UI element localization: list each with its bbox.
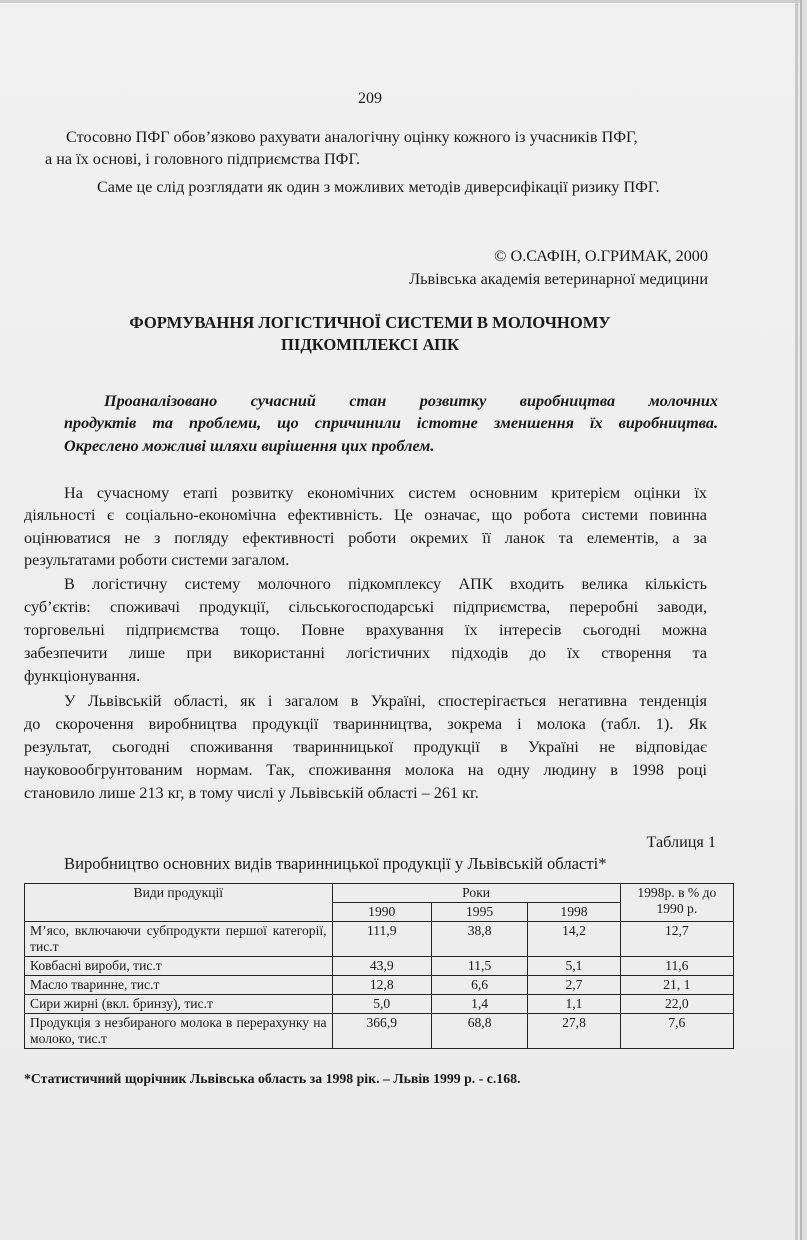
cell-1998: 2,7	[528, 976, 620, 995]
body-line: У Львівській області, як і загалом в Укр…	[64, 691, 707, 712]
cell-pct: 22,0	[620, 995, 733, 1014]
intro-line: а на їх основі, і головного підприємства…	[45, 149, 360, 169]
cell-1998: 27,8	[528, 1014, 620, 1049]
table-label: Таблиця 1	[647, 832, 717, 852]
cell-pct: 11,6	[620, 957, 733, 976]
table-row: Сири жирні (вкл. бринзу), тис.т 5,0 1,4 …	[25, 995, 734, 1014]
body-line: На сучасному етапі розвитку економічних …	[64, 483, 707, 504]
cell-1995: 6,6	[431, 976, 527, 995]
scan-page-edge	[802, 0, 807, 1240]
header-product: Види продукції	[25, 884, 333, 922]
row-product: Ковбасні вироби, тис.т	[25, 957, 333, 976]
body-line: торговельні підприємства тощо. Повне вра…	[24, 620, 707, 641]
body-line: забезпечити лише при використанні логіст…	[24, 643, 707, 664]
cell-1998: 1,1	[528, 995, 620, 1014]
body-line: суб’єктів: споживачі продукції, сільсько…	[24, 597, 707, 618]
cell-1990: 43,9	[332, 957, 431, 976]
article-title: ФОРМУВАННЯ ЛОГІСТИЧНОЇ СИСТЕМИ В МОЛОЧНО…	[0, 313, 740, 333]
row-product: Масло тваринне, тис.т	[25, 976, 333, 995]
cell-1995: 1,4	[431, 995, 527, 1014]
cell-1990: 12,8	[332, 976, 431, 995]
cell-1998: 5,1	[528, 957, 620, 976]
row-product: Сири жирні (вкл. бринзу), тис.т	[25, 995, 333, 1014]
body-line: оцінюватися не з погляду ефективності ро…	[24, 528, 707, 549]
body-line: до скорочення виробництва продукції твар…	[24, 714, 707, 735]
table-row: М’ясо, включаючи субпродукти першої кате…	[25, 922, 734, 957]
cell-pct: 7,6	[620, 1014, 733, 1049]
body-line: функціонування.	[24, 666, 140, 686]
production-table: Види продукції Роки 1998р. в % до 1990 р…	[24, 883, 734, 1049]
cell-1995: 38,8	[431, 922, 527, 957]
cell-1995: 11,5	[431, 957, 527, 976]
table-row: Продукція з незбираного молока в перерах…	[25, 1014, 734, 1049]
body-line: науковообгрунтованим нормам. Так, спожив…	[24, 760, 707, 781]
body-line: результатами роботи системи загалом.	[24, 550, 289, 570]
header-ratio: 1998р. в % до 1990 р.	[620, 884, 733, 922]
cell-pct: 12,7	[620, 922, 733, 957]
header-year: 1998	[528, 903, 620, 922]
table-row: Ковбасні вироби, тис.т 43,9 11,5 5,1 11,…	[25, 957, 734, 976]
row-product: Продукція з незбираного молока в перерах…	[25, 1014, 333, 1049]
article-title: ПІДКОМПЛЕКСІ АПК	[0, 335, 740, 355]
page-number: 209	[0, 89, 740, 109]
cell-pct: 21, 1	[620, 976, 733, 995]
header-year: 1990	[332, 903, 431, 922]
table-row: Масло тваринне, тис.т 12,8 6,6 2,7 21, 1	[25, 976, 734, 995]
table-caption: Виробництво основних видів тваринницької…	[64, 854, 607, 874]
cell-1990: 111,9	[332, 922, 431, 957]
intro-line: Саме це слід розглядати як один з можлив…	[97, 177, 660, 197]
row-product: М’ясо, включаючи субпродукти першої кате…	[25, 922, 333, 957]
cell-1990: 5,0	[332, 995, 431, 1014]
institution: Львівська академія ветеринарної медицини	[409, 269, 708, 289]
body-line: результат, сьогодні споживання тваринниц…	[24, 737, 707, 758]
scan-top-edge	[0, 0, 807, 3]
cell-1995: 68,8	[431, 1014, 527, 1049]
abstract-line: Окреслено можливі шляхи вирішення цих пр…	[64, 436, 434, 456]
body-line: становило лише 213 кг, в тому числі у Ль…	[24, 783, 479, 803]
abstract-line: Проаналізовано сучасний стан розвитку ви…	[104, 391, 718, 412]
intro-line: Стосовно ПФГ обов’язково рахувати аналог…	[66, 127, 638, 147]
header-years: Роки	[332, 884, 620, 903]
header-year: 1995	[431, 903, 527, 922]
copyright-line: © О.САФІН, О.ГРИМАК, 2000	[494, 246, 708, 266]
scan-page-edge	[795, 0, 798, 1240]
table-footnote: *Статистичний щорічник Львівська область…	[24, 1069, 520, 1089]
body-line: діяльності є соціально-економічна ефекти…	[24, 505, 707, 526]
cell-1998: 14,2	[528, 922, 620, 957]
cell-1990: 366,9	[332, 1014, 431, 1049]
body-line: В логістичну систему молочного підкомпле…	[64, 574, 707, 595]
abstract-line: продуктів та проблеми, що спричинили іст…	[64, 413, 718, 434]
